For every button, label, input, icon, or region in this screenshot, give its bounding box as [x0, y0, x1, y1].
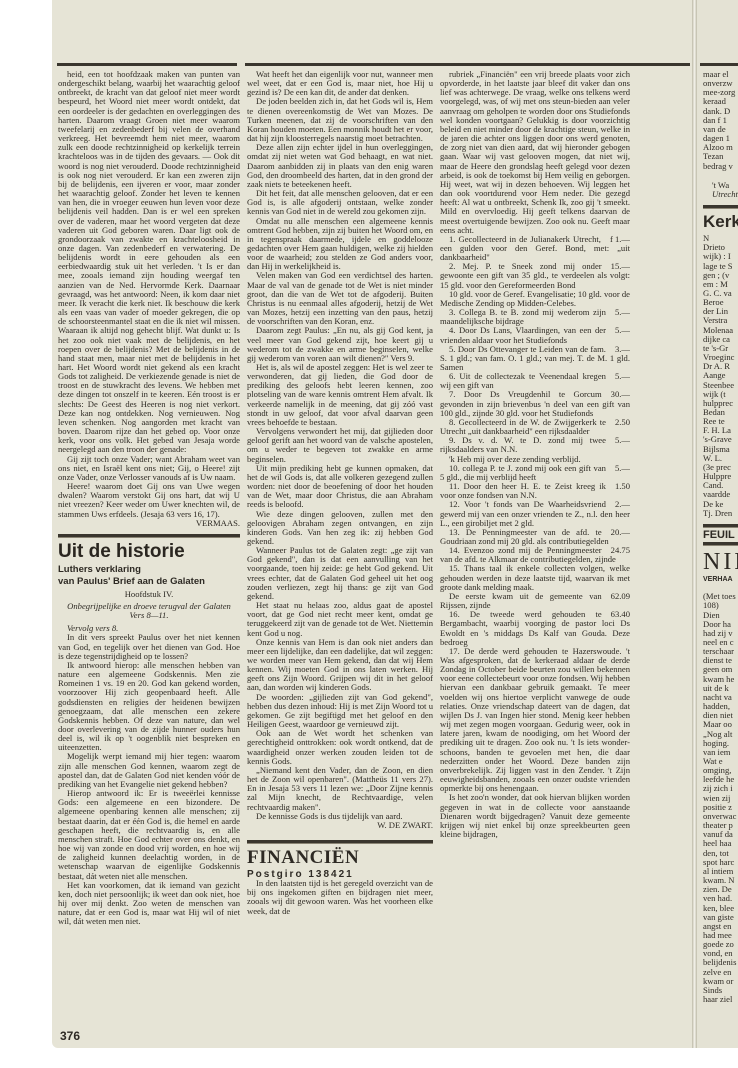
paragraph: Ik antwoord hierop: alle menschen hebben… — [58, 661, 240, 753]
donation-text: 14. Evenzoo zond mij de Penningmeester v… — [440, 545, 616, 564]
donation-text: 13. De Penningmeester van de afd. te Gou… — [440, 527, 609, 546]
story-subtitle: VERHAA — [703, 575, 738, 584]
donation-item: 2.—12. Voor 't fonds van De Waarheidsvri… — [440, 500, 630, 527]
top-rule — [700, 63, 738, 66]
section-rule — [58, 534, 240, 538]
paragraph: 17. De derde werd gehouden te Hazerswoud… — [440, 647, 630, 794]
signature: W. DE ZWART. — [247, 821, 433, 830]
paragraph: Is het zoo'n wonder, dat ook hiervan bli… — [440, 793, 630, 839]
paragraph: Hierop antwoord ik: Er is tweeërlei kenn… — [58, 789, 240, 881]
donation-item: 10 gld. voor de Geref. Evangelisatie; 10… — [440, 290, 630, 308]
donation-text: 8. Gecollecteerd in de W. de Zwijgerkerk… — [440, 417, 606, 436]
paragraph: Het is, als wil de apostel zeggen: Het i… — [247, 363, 433, 427]
donation-amount: 5.— — [606, 436, 630, 445]
donation-item: 62.09De eerste kwam uit de gemeente van … — [440, 592, 630, 610]
donation-item: f 1.—1. Gecollecteerd in de Julianakerk … — [440, 235, 630, 262]
column-2: Wat heeft het dan eigenlijk voor nut, wa… — [247, 70, 433, 1045]
paragraph: haar ziel — [703, 995, 738, 1004]
donation-amount: 1.50 — [606, 482, 630, 491]
donation-item: 5.—4. Door Ds Lans, Vlaardingen, van een… — [440, 326, 630, 344]
donation-item: 15.—2. Mej. P. te Sneek zond mij onder g… — [440, 262, 630, 289]
donation-amount: 2.50 — [606, 418, 630, 427]
paragraph: Wanneer Paulus tot de Galaten zegt: „ge … — [247, 546, 433, 601]
paragraph: rubriek „Financiën" een vrij breede plaa… — [440, 70, 630, 235]
paragraph: In dit vers spreekt Paulus over het niet… — [58, 633, 240, 660]
donation-text: 6. Uit de collectezak te Veenendaal kreg… — [440, 371, 606, 390]
paragraph: De joden beelden zich in, dat het Gods w… — [247, 97, 433, 143]
section-title: Uit de historie — [58, 541, 240, 563]
column-4-partial: maar elonverzwmee-zorgkeraaddank. Ddan f… — [703, 70, 738, 1045]
page-number: 376 — [60, 1029, 80, 1043]
section-rule — [703, 524, 738, 528]
donation-text: 5. Door Ds Ottevanger te Leiden van de f… — [440, 344, 630, 372]
paragraph: Wat heeft het dan eigenlijk voor nut, wa… — [247, 70, 433, 97]
paragraph: Daarom zegt Paulus: „En nu, als gij God … — [247, 326, 433, 363]
signature: VERMAAS. — [58, 519, 240, 528]
section-title: FINANCIËN — [247, 847, 433, 869]
feuilleton-title: FEUIL — [703, 531, 738, 540]
donation-amount: 62.09 — [602, 592, 630, 601]
chapter: Hoofdstuk IV. — [58, 590, 240, 599]
paragraph: Wie deze dingen gelooven, zullen met den… — [247, 510, 433, 547]
verses: Vers 8—11. — [58, 611, 240, 620]
paragraph: In den laatsten tijd is het geregeld ove… — [247, 879, 433, 916]
paragraph: bedrag v — [703, 162, 738, 171]
donation-item: 5.—3. Collega B. te B. zond mij wederom … — [440, 308, 630, 326]
donation-item: 24.7514. Evenzoo zond mij de Penningmees… — [440, 546, 630, 564]
paragraph: De woorden: „gijlieden zijt van God geke… — [247, 693, 433, 730]
paragraph: „Niemand kent den Vader, dan de Zoon, en… — [247, 766, 433, 812]
paragraph: Deze allen zijn echter ijdel in hun over… — [247, 143, 433, 189]
paragraph: Uit mijn prediking hebt ge kunnen opmake… — [247, 464, 433, 510]
paragraph: Vervolgens verwondert het mij, dat gijli… — [247, 427, 433, 464]
donation-text: 9. Ds v. d. W. te D. zond mij twee rijks… — [440, 435, 606, 454]
top-rule — [57, 63, 237, 66]
donation-amount: 5.— — [606, 308, 630, 317]
donation-amount: 5.— — [606, 464, 630, 473]
paragraph: Het staat nu helaas zoo, aldus gaat de a… — [247, 601, 433, 638]
top-rule — [245, 63, 690, 66]
donation-item: 2.508. Gecollecteerd in de W. de Zwijger… — [440, 418, 630, 436]
paragraph: Heere! waarom doet Gij ons van Uwe wegen… — [58, 482, 240, 519]
story-title: NIE — [703, 549, 738, 575]
donation-item: 30.—7. Door Ds Vreugdenhil te Gorcum gev… — [440, 390, 630, 417]
section-rule — [703, 205, 738, 209]
donation-text: 3. Collega B. te B. zond mij wederom zij… — [440, 307, 606, 326]
donation-item: 20.—13. De Penningmeester van de afd. te… — [440, 528, 630, 546]
paragraph: heid, een tot hoofdzaak maken van punten… — [58, 70, 240, 455]
donation-text: De eerste kwam uit de gemeente van Rijss… — [440, 591, 602, 610]
donation-item: 5.—10. collega P. te J. zond mij ook een… — [440, 464, 630, 482]
paragraph: Dit het feit, dat alle menschen gelooven… — [247, 189, 433, 216]
donation-text: 11. Door den heer H. E. te Zeist kreeg i… — [440, 481, 606, 500]
signature-city: Utrecht. — [703, 190, 738, 199]
subtitle: Luthers verklaring — [58, 564, 240, 576]
donation-item: 15. Thans taal ik enkele collecten volge… — [440, 564, 630, 591]
paragraph: Het kan voorkomen, dat ik iemand van gez… — [58, 881, 240, 927]
donation-amount: 5.— — [606, 326, 630, 335]
donation-text: 4. Door Ds Lans, Vlaardingen, van een de… — [440, 325, 606, 344]
column-1: heid, een tot hoofdzaak maken van punten… — [58, 70, 240, 1030]
donation-text: 16. De tweede werd gehouden te Bergambac… — [440, 609, 630, 646]
section-title: Kerk. — [703, 212, 738, 232]
donation-text: 2. Mej. P. te Sneek zond mij onder gewoo… — [440, 261, 630, 289]
paragraph: Mogelijk werpt iemand mij hier tegen: wa… — [58, 752, 240, 789]
paragraph: Gij zijt toch onze Vader; want Abraham w… — [58, 455, 240, 482]
donation-amount: 5.— — [606, 372, 630, 381]
paragraph: Velen maken van God een verdichtsel des … — [247, 271, 433, 326]
donation-text: 10 gld. voor de Geref. Evangelisatie; 10… — [440, 289, 630, 308]
paragraph: Omdat nu alle menschen een algemeene ken… — [247, 217, 433, 272]
donation-item: 1.5011. Door den heer H. E. te Zeist kre… — [440, 482, 630, 500]
paragraph: Ook aan de Wet wordt het schenken van ge… — [247, 729, 433, 766]
donation-text: 12. Voor 't fonds van De Waarheidsvriend… — [440, 499, 630, 527]
donation-text: 15. Thans taal ik enkele collecten volge… — [440, 563, 630, 591]
paragraph: Tj. Dren — [703, 509, 738, 518]
donation-text: 10. collega P. te J. zond mij ook een gi… — [440, 463, 606, 482]
section-rule — [703, 542, 738, 546]
donation-item: 5.—6. Uit de collectezak te Veenendaal k… — [440, 372, 630, 390]
section-rule — [247, 840, 433, 844]
donation-item: 63.4016. De tweede werd gehouden te Berg… — [440, 610, 630, 647]
subtitle: van Paulus' Brief aan de Galaten — [58, 576, 240, 588]
column-3: rubriek „Financiën" een vrij breede plaa… — [440, 70, 630, 1045]
donation-item: 3.—5. Door Ds Ottevanger te Leiden van d… — [440, 345, 630, 372]
paragraph: Onze kennis van Hem is dan ook niet ande… — [247, 638, 433, 693]
donation-text: 7. Door Ds Vreugdenhil te Gorcum gevonde… — [440, 389, 630, 417]
donation-item: 5.—9. Ds v. d. W. te D. zond mij twee ri… — [440, 436, 630, 454]
